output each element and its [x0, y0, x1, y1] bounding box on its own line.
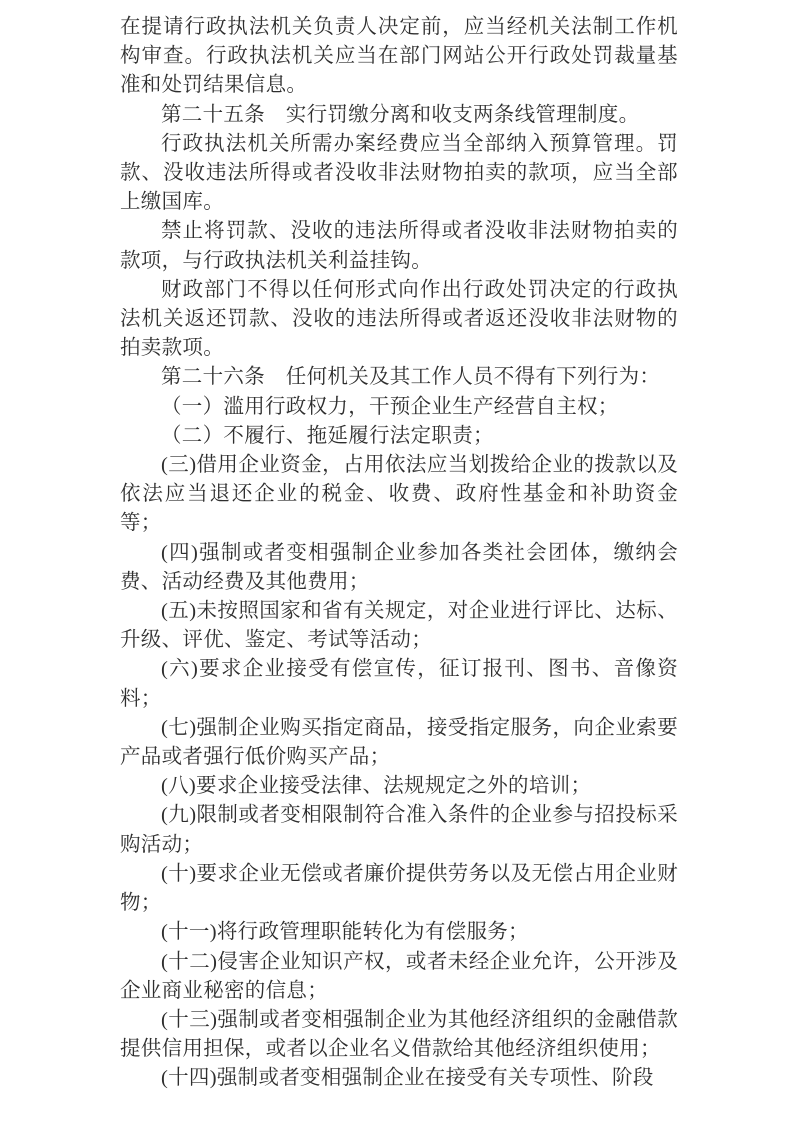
article-26-heading: 第二十六条 任何机关及其工作人员不得有下列行为： — [120, 363, 678, 392]
list-item-13: (十三)强制或者变相强制企业为其他经济组织的金融借款提供信用担保，或者以企业名义… — [120, 1006, 678, 1064]
list-item-7: (七)强制企业购买指定商品，接受指定服务，向企业索要产品或者强行低价购买产品； — [120, 714, 678, 772]
list-item-10: (十)要求企业无偿或者廉价提供劳务以及无偿占用企业财物； — [120, 860, 678, 918]
list-item-1: （一）滥用行政权力，干预企业生产经营自主权； — [120, 393, 678, 422]
article-25-heading: 第二十五条 实行罚缴分离和收支两条线管理制度。 — [120, 101, 678, 130]
document-page: 在提请行政执法机关负责人决定前，应当经机关法制工作机构审查。行政执法机关应当在部… — [0, 0, 794, 1123]
list-item-11: (十一)将行政管理职能转化为有偿服务； — [120, 918, 678, 947]
paragraph: 行政执法机关所需办案经费应当全部纳入预算管理。罚款、没收违法所得或者没收非法财物… — [120, 130, 678, 218]
paragraph: 财政部门不得以任何形式向作出行政处罚决定的行政执法机关返还罚款、没收的违法所得或… — [120, 276, 678, 364]
paragraph-continuation: 在提请行政执法机关负责人决定前，应当经机关法制工作机构审查。行政执法机关应当在部… — [120, 13, 678, 101]
list-item-4: (四)强制或者变相强制企业参加各类社会团体，缴纳会费、活动经费及其他费用； — [120, 539, 678, 597]
list-item-14-truncated: (十四)强制或者变相强制企业在接受有关专项性、阶段 — [120, 1064, 678, 1093]
list-item-5: (五)未按照国家和省有关规定，对企业进行评比、达标、升级、评优、鉴定、考试等活动… — [120, 597, 678, 655]
list-item-9: (九)限制或者变相限制符合准入条件的企业参与招投标采购活动； — [120, 801, 678, 859]
document-body: 在提请行政执法机关负责人决定前，应当经机关法制工作机构审查。行政执法机关应当在部… — [120, 13, 678, 1094]
paragraph: 禁止将罚款、没收的违法所得或者没收非法财物拍卖的款项，与行政执法机关利益挂钩。 — [120, 217, 678, 275]
list-item-12: (十二)侵害企业知识产权，或者未经企业允许，公开涉及企业商业秘密的信息； — [120, 948, 678, 1006]
list-item-8: (八)要求企业接受法律、法规规定之外的培训； — [120, 772, 678, 801]
list-item-2: （二）不履行、拖延履行法定职责； — [120, 422, 678, 451]
list-item-3: (三)借用企业资金，占用依法应当划拨给企业的拨款以及依法应当退还企业的税金、收费… — [120, 451, 678, 539]
list-item-6: (六)要求企业接受有偿宣传，征订报刊、图书、音像资料； — [120, 655, 678, 713]
